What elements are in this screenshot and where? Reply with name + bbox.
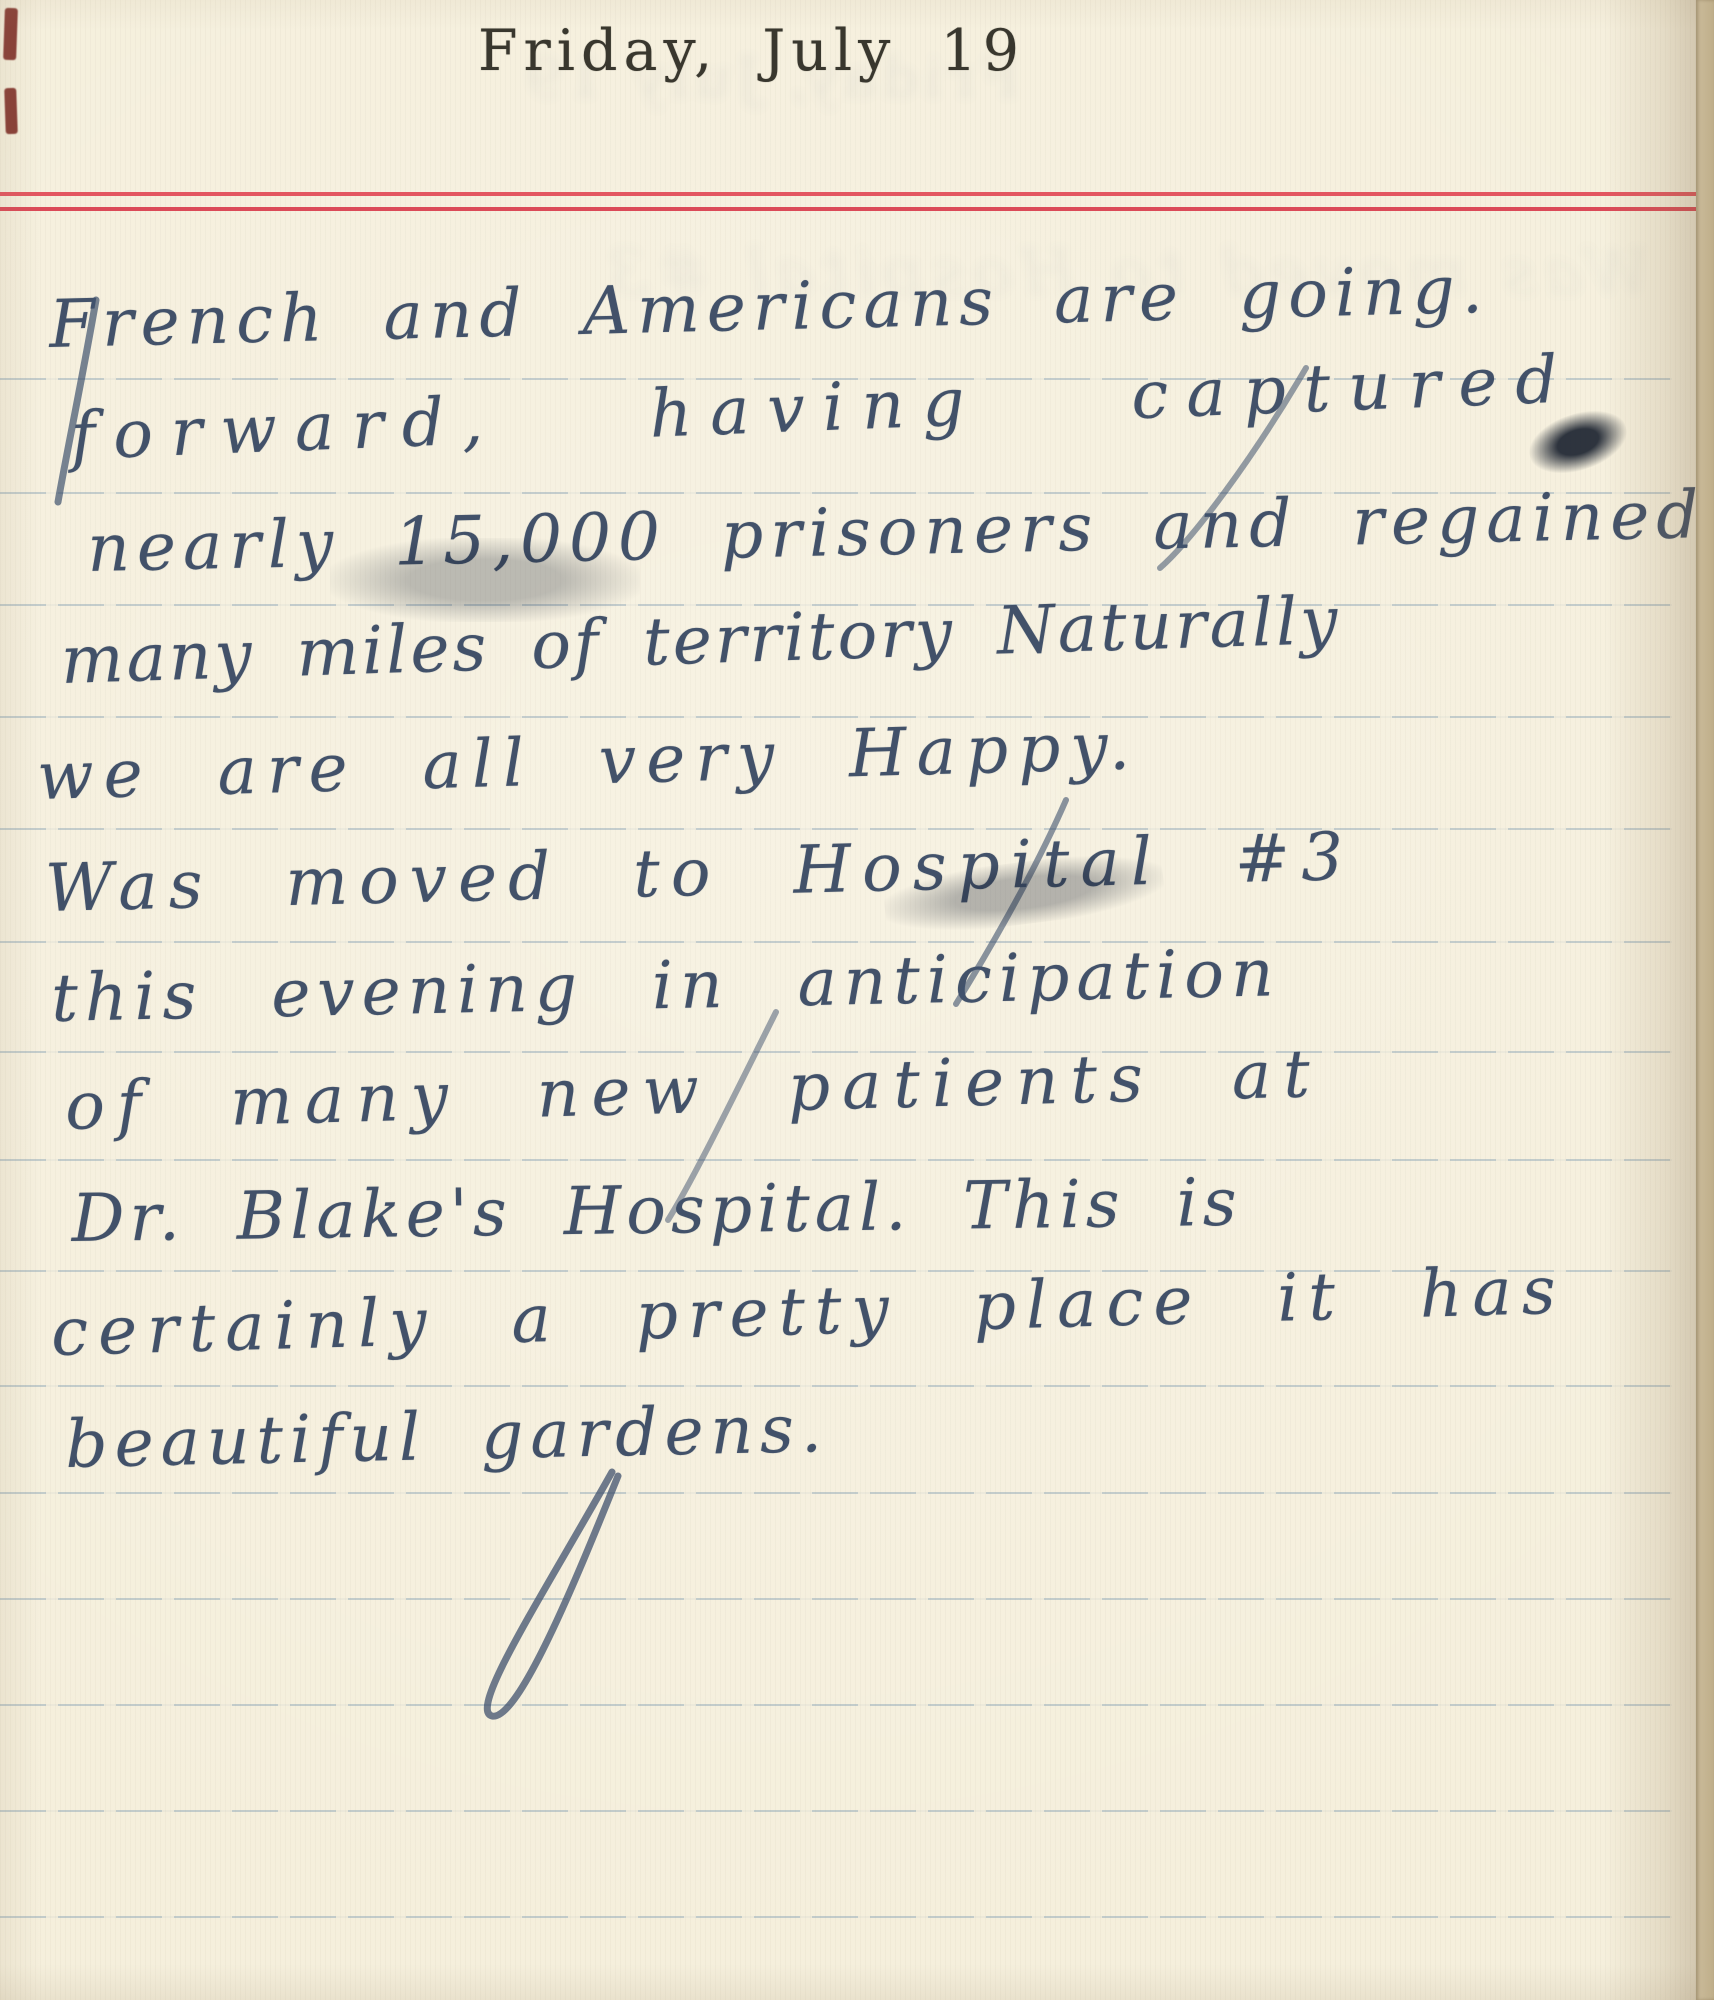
red-edge-mark — [3, 8, 18, 60]
entry-line: this evening in anticipation — [51, 940, 1281, 1032]
diary-page: Friday, July 19 Was moved to Hospital #3… — [0, 0, 1714, 2000]
ruled-line — [0, 1492, 1672, 1494]
entry-line: Was moved to Hospital #3 — [44, 824, 1354, 922]
entry-line: French and Americans are going. — [48, 257, 1490, 358]
pen-stroke — [487, 1472, 618, 1716]
entry-line: of many new patients at — [64, 1041, 1322, 1140]
entry-line: certainly a pretty place it has — [50, 1258, 1566, 1366]
entry-line: beautiful gardens. — [65, 1396, 830, 1478]
entry-line: forward, having captured — [69, 346, 1576, 470]
red-rule — [0, 192, 1714, 211]
ruled-line — [0, 1598, 1672, 1600]
ruled-line — [0, 1810, 1672, 1812]
page-edge — [1696, 0, 1714, 2000]
ruled-line — [0, 1916, 1672, 1918]
page-title: Friday, July 19 — [478, 18, 1025, 84]
entry-line: nearly 15,000 prisoners and regained — [87, 482, 1706, 582]
ruled-line — [0, 1385, 1672, 1387]
red-edge-mark — [4, 88, 18, 134]
ruled-line — [0, 1704, 1672, 1706]
entry-line: Dr. Blake's Hospital. This is — [71, 1170, 1242, 1252]
ruled-line — [0, 1159, 1672, 1161]
entry-line: we are all very Happy. — [36, 713, 1140, 810]
